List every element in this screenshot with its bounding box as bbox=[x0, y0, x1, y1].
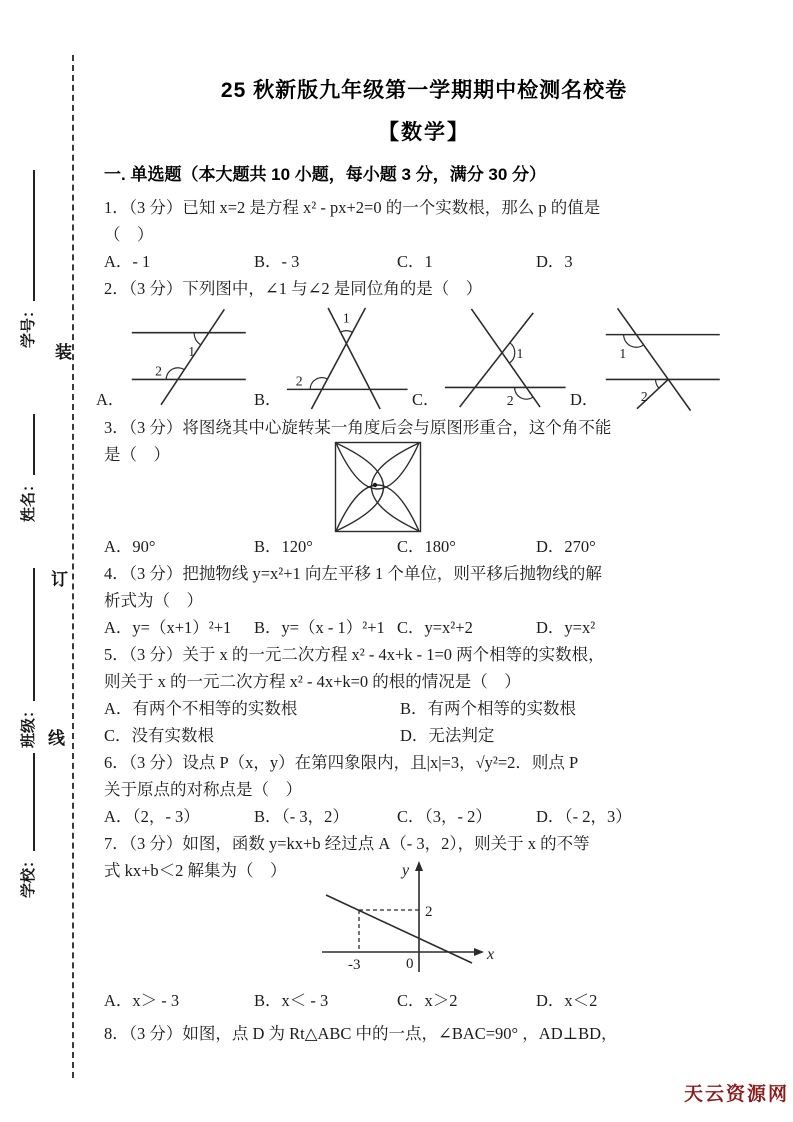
question-1-text-line2: （ ） bbox=[104, 221, 744, 248]
angle-2-label: 2 bbox=[506, 393, 513, 408]
binding-char-ding: 订 bbox=[51, 565, 68, 590]
question-8-text-line1: 8．（3 分）如图，点 D 为 Rt△ABC 中的一点，∠BAC=90° ，AD… bbox=[104, 1020, 744, 1047]
question-4-text-line1: 4．（3 分）把抛物线 y=x²+1 向左平移 1 个单位，则平移后抛物线的解 bbox=[104, 560, 744, 587]
page-title: 25 秋新版九年级第一学期期中检测名校卷 bbox=[104, 76, 744, 106]
option-d: D．无法判定 bbox=[400, 722, 494, 749]
option-d: D．（- 2，3） bbox=[536, 803, 632, 830]
y-axis-arrow bbox=[415, 861, 423, 871]
option-a: A．y=（x+1）²+1 bbox=[104, 614, 254, 641]
question-2-text: 2．（3 分）下列图中，∠1 与∠2 是同位角的是（ ） bbox=[104, 275, 744, 302]
x-tick-neg3: -3 bbox=[348, 957, 361, 973]
option-d: D．x＜2 bbox=[536, 987, 597, 1014]
question-8: 8．（3 分）如图，点 D 为 Rt△ABC 中的一点，∠BAC=90° ，AD… bbox=[104, 1020, 744, 1047]
exam-paper-page: 装 订 线 学号： 姓名： 班级： 学校： 25 秋新版九年级第一学期期中检测名… bbox=[0, 0, 793, 1122]
binding-dashed-line bbox=[72, 55, 74, 1078]
y-axis-label: y bbox=[400, 862, 410, 879]
option-a: A．x＞ - 3 bbox=[104, 987, 254, 1014]
angle-1-label: 1 bbox=[620, 346, 627, 361]
angles-figure-b: 1 2 bbox=[282, 302, 412, 414]
angle-1-label: 1 bbox=[342, 311, 349, 326]
figure-option-c: C． 1 2 bbox=[412, 302, 570, 414]
field-student-id: 学号： bbox=[12, 170, 38, 348]
question-1-options: A．- 1 B．- 3 C．1 D．3 bbox=[104, 248, 744, 275]
question-7-text-line1: 7．（3 分）如图，函数 y=kx+b 经过点 A（- 3，2），则关于 x 的… bbox=[104, 830, 744, 857]
angles-figure-a: 1 2 bbox=[124, 302, 254, 414]
option-b: B．x＜ - 3 bbox=[254, 987, 397, 1014]
option-a: A．- 1 bbox=[104, 248, 254, 275]
question-2-figures: A． 1 2 B． bbox=[96, 302, 744, 414]
option-c: C．1 bbox=[397, 248, 536, 275]
field-name: 姓名： bbox=[12, 414, 38, 522]
site-watermark: 天云资源网 bbox=[684, 1079, 789, 1106]
angle-1-label: 1 bbox=[516, 346, 523, 361]
question-7-text-line2: 式 kx+b＜2 解集为（ ） bbox=[104, 857, 314, 884]
field-school-label: 学校： bbox=[17, 853, 38, 898]
y-tick-2: 2 bbox=[425, 904, 433, 920]
option-d: D．3 bbox=[536, 248, 573, 275]
figure-label-c: C． bbox=[412, 390, 440, 410]
field-class-label: 班级： bbox=[17, 703, 38, 748]
question-1-text-line1: 1．（3 分）已知 x=2 是方程 x² - px+2=0 的一个实数根，那么 … bbox=[104, 194, 744, 221]
field-name-label: 姓名： bbox=[17, 477, 38, 522]
question-3-row: 是（ ） bbox=[104, 441, 744, 533]
x-axis-label: x bbox=[486, 946, 494, 963]
question-3: 3．（3 分）将图绕其中心旋转某一角度后会与原图形重合，这个角不能 是（ ） A… bbox=[104, 414, 744, 560]
option-d: D．270° bbox=[536, 533, 596, 560]
question-5: 5．（3 分）关于 x 的一元二次方程 x² - 4x+k - 1=0 两个相等… bbox=[104, 641, 744, 749]
exam-content: 25 秋新版九年级第一学期期中检测名校卷 【数学】 一. 单选题（本大题共 10… bbox=[104, 76, 744, 1047]
figure-option-a: A． 1 2 bbox=[96, 302, 254, 414]
linear-function-graph: y x 0 2 -3 bbox=[314, 857, 499, 987]
option-b: B．有两个相等的实数根 bbox=[400, 695, 576, 722]
question-3-text-line1: 3．（3 分）将图绕其中心旋转某一角度后会与原图形重合，这个角不能 bbox=[104, 414, 744, 441]
field-school: 学校： bbox=[12, 753, 38, 898]
question-4-text-line2: 析式为（ ） bbox=[104, 587, 744, 614]
question-5-options-row2: C．没有实数根 D．无法判定 bbox=[104, 722, 744, 749]
angles-figure-d: 1 2 bbox=[598, 302, 728, 414]
field-class-blank bbox=[33, 568, 35, 701]
question-6: 6．（3 分）设点 P（x，y）在第四象限内，且|x|=3，√y²=2．则点 P… bbox=[104, 749, 744, 830]
rotation-square-figure bbox=[334, 441, 422, 533]
question-4: 4．（3 分）把抛物线 y=x²+1 向左平移 1 个单位，则平移后抛物线的解 … bbox=[104, 560, 744, 641]
field-school-blank bbox=[33, 753, 35, 851]
binding-char-zhuang: 装 bbox=[55, 338, 72, 363]
origin-label: 0 bbox=[406, 956, 414, 972]
question-4-options: A．y=（x+1）²+1 B．y=（x - 1）²+1 C．y=x²+2 D．y… bbox=[104, 614, 744, 641]
section-heading: 一. 单选题（本大题共 10 小题，每小题 3 分，满分 30 分） bbox=[104, 162, 744, 188]
question-7: 7．（3 分）如图，函数 y=kx+b 经过点 A（- 3，2），则关于 x 的… bbox=[104, 830, 744, 1014]
question-3-options: A．90° B．120° C．180° D．270° bbox=[104, 533, 744, 560]
angles-figure-c: 1 2 bbox=[440, 302, 570, 414]
question-2: 2．（3 分）下列图中，∠1 与∠2 是同位角的是（ ） A． 1 2 bbox=[104, 275, 744, 414]
option-c: C．没有实数根 bbox=[104, 722, 400, 749]
option-a: A．（2，- 3） bbox=[104, 803, 254, 830]
question-5-text-line2: 则关于 x 的一元二次方程 x² - 4x+k=0 的根的情况是（ ） bbox=[104, 668, 744, 695]
x-axis-arrow bbox=[474, 948, 484, 956]
option-c: C．y=x²+2 bbox=[397, 614, 536, 641]
field-class: 班级： bbox=[12, 568, 38, 748]
question-6-options: A．（2，- 3） B．（- 3，2） C．（3，- 2） D．（- 2，3） bbox=[104, 803, 744, 830]
figure-option-b: B． 1 2 bbox=[254, 302, 412, 414]
question-1: 1．（3 分）已知 x=2 是方程 x² - px+2=0 的一个实数根，那么 … bbox=[104, 194, 744, 275]
figure-option-d: D． 1 2 bbox=[570, 302, 728, 414]
angle-2-label: 2 bbox=[295, 373, 302, 388]
option-d: D．y=x² bbox=[536, 614, 595, 641]
option-c: C．x＞2 bbox=[397, 987, 536, 1014]
option-b: B．（- 3，2） bbox=[254, 803, 397, 830]
field-name-blank bbox=[33, 414, 35, 475]
field-student-id-label: 学号： bbox=[17, 303, 38, 348]
binding-char-xian: 线 bbox=[48, 724, 65, 749]
question-3-text-line2: 是（ ） bbox=[104, 441, 334, 468]
question-6-text-line2: 关于原点的对称点是（ ） bbox=[104, 776, 744, 803]
option-b: B．- 3 bbox=[254, 248, 397, 275]
figure-label-b: B． bbox=[254, 390, 282, 410]
question-7-options: A．x＞ - 3 B．x＜ - 3 C．x＞2 D．x＜2 bbox=[104, 987, 744, 1014]
subject-subtitle: 【数学】 bbox=[104, 118, 744, 148]
option-c: C．180° bbox=[397, 533, 536, 560]
question-7-row: 式 kx+b＜2 解集为（ ） y x 0 bbox=[104, 857, 744, 987]
figure-label-d: D． bbox=[570, 390, 598, 410]
option-a: A．90° bbox=[104, 533, 254, 560]
angle-2-label: 2 bbox=[641, 389, 648, 404]
option-b: B．120° bbox=[254, 533, 397, 560]
angle-1-label: 1 bbox=[189, 344, 196, 359]
question-5-text-line1: 5．（3 分）关于 x 的一元二次方程 x² - 4x+k - 1=0 两个相等… bbox=[104, 641, 744, 668]
angle-2-label: 2 bbox=[156, 364, 163, 379]
option-c: C．（3，- 2） bbox=[397, 803, 536, 830]
question-6-text-line1: 6．（3 分）设点 P（x，y）在第四象限内，且|x|=3，√y²=2．则点 P bbox=[104, 749, 744, 776]
figure-label-a: A． bbox=[96, 390, 124, 410]
question-5-options-row1: A．有两个不相等的实数根 B．有两个相等的实数根 bbox=[104, 695, 744, 722]
option-a: A．有两个不相等的实数根 bbox=[104, 695, 400, 722]
center-dot bbox=[373, 483, 377, 487]
field-student-id-blank bbox=[33, 170, 35, 301]
option-b: B．y=（x - 1）²+1 bbox=[254, 614, 397, 641]
